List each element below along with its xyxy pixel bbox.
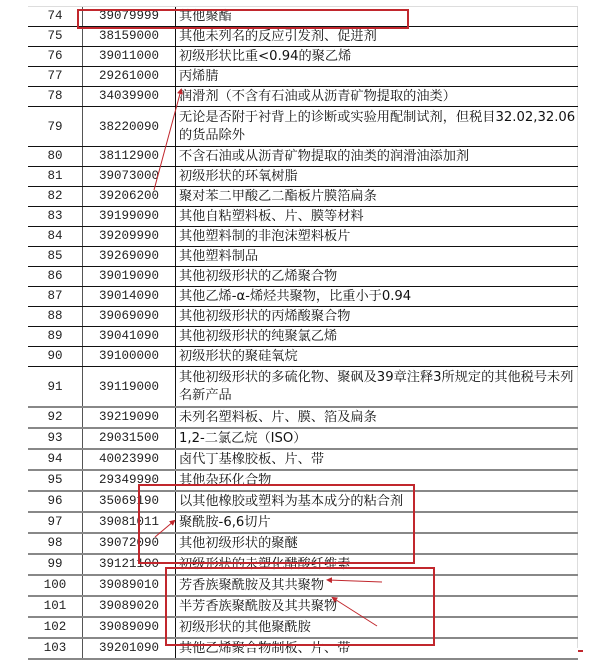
hs-code-cell: 29261000 — [83, 67, 176, 87]
row-number-cell: 89 — [28, 327, 83, 347]
row-number-cell: 78 — [28, 87, 83, 107]
table-row: 9939121100初级形状的未塑化醋酸纤维素 — [28, 554, 578, 575]
hs-code-list-table: 7439079999其他聚酯7538159000其他未列名的反应引发剂、促进剂7… — [28, 7, 578, 660]
hs-code-cell: 39019090 — [83, 267, 176, 287]
row-number-cell: 81 — [28, 167, 83, 187]
table-row: 8439209990其他塑料制的非泡沫塑料板片 — [28, 227, 578, 247]
row-number-cell: 88 — [28, 307, 83, 327]
row-number-cell: 94 — [28, 449, 83, 470]
row-number-cell: 83 — [28, 207, 83, 227]
row-number-cell: 86 — [28, 267, 83, 287]
table-row: 10239089090初级形状的其他聚酰胺 — [28, 617, 578, 638]
description-cell: 其他初级形状的聚醚 — [176, 533, 579, 554]
row-number-cell: 75 — [28, 27, 83, 47]
hs-code-cell: 39011000 — [83, 47, 176, 67]
hs-code-cell: 39089090 — [83, 617, 176, 638]
hs-code-cell: 40023990 — [83, 449, 176, 470]
hs-code-cell: 39089010 — [83, 575, 176, 596]
description-cell: 1,2-二氯乙烷（ISO） — [176, 428, 579, 449]
table-row: 8339199090其他自粘塑料板、片、膜等材料 — [28, 207, 578, 227]
table-row: 8839069090其他初级形状的丙烯酸聚合物 — [28, 307, 578, 327]
description-cell: 初级形状比重<0.94的聚乙烯 — [176, 47, 579, 67]
description-cell: 其他聚酯 — [176, 7, 579, 27]
row-number-cell: 87 — [28, 287, 83, 307]
hs-code-cell: 38220090 — [83, 107, 176, 147]
description-cell: 其他杂环化合物 — [176, 470, 579, 491]
table-row: 8139073000初级形状的环氧树脂 — [28, 167, 578, 187]
hs-code-cell: 29349990 — [83, 470, 176, 491]
red-marker — [578, 650, 583, 652]
hs-code-cell: 39206200 — [83, 187, 176, 207]
row-number-cell: 90 — [28, 347, 83, 367]
table-row: 7639011000初级形状比重<0.94的聚乙烯 — [28, 47, 578, 67]
table-row: 9139119000其他初级形状的多硫化物、聚砜及39章注释3所规定的其他税号未… — [28, 367, 578, 408]
hs-code-cell: 38112900 — [83, 147, 176, 167]
description-cell: 无论是否附于衬背上的诊断或实验用配制试剂，但税目32.02,32.06的货品除外 — [176, 107, 579, 147]
description-cell: 未列名塑料板、片、膜、箔及扁条 — [176, 407, 579, 428]
table-row: 8639019090其他初级形状的乙烯聚合物 — [28, 267, 578, 287]
table-row: 9239219090未列名塑料板、片、膜、箔及扁条 — [28, 407, 578, 428]
table-row: 9440023990卤代丁基橡胶板、片、带 — [28, 449, 578, 470]
description-cell: 其他塑料制的非泡沫塑料板片 — [176, 227, 579, 247]
description-cell: 聚对苯二甲酸乙二酯板片膜箔扁条 — [176, 187, 579, 207]
tariff-code-table: 7439079999其他聚酯7538159000其他未列名的反应引发剂、促进剂7… — [28, 7, 578, 660]
row-number-cell: 76 — [28, 47, 83, 67]
description-cell: 初级形状的聚硅氧烷 — [176, 347, 579, 367]
table-row: 10139089020半芳香族聚酰胺及其共聚物 — [28, 596, 578, 617]
row-number-cell: 96 — [28, 491, 83, 512]
table-row: 7938220090无论是否附于衬背上的诊断或实验用配制试剂，但税目32.02,… — [28, 107, 578, 147]
description-cell: 其他初级形状的乙烯聚合物 — [176, 267, 579, 287]
description-cell: 其他初级形状的丙烯酸聚合物 — [176, 307, 579, 327]
row-number-cell: 100 — [28, 575, 83, 596]
hs-code-cell: 39089020 — [83, 596, 176, 617]
hs-code-cell: 38159000 — [83, 27, 176, 47]
hs-code-cell: 39199090 — [83, 207, 176, 227]
table-body: 7439079999其他聚酯7538159000其他未列名的反应引发剂、促进剂7… — [28, 7, 578, 659]
table-row: 10339201090其他乙烯聚合物制板、片、带 — [28, 638, 578, 659]
table-row: 8939041090其他初级形状的纯聚氯乙烯 — [28, 327, 578, 347]
description-cell: 其他初级形状的纯聚氯乙烯 — [176, 327, 579, 347]
table-row: 10039089010芳香族聚酰胺及其共聚物 — [28, 575, 578, 596]
description-cell: 其他塑料制品 — [176, 247, 579, 267]
table-row: 9739081011聚酰胺-6,6切片 — [28, 512, 578, 533]
row-number-cell: 95 — [28, 470, 83, 491]
hs-code-cell: 39073000 — [83, 167, 176, 187]
row-number-cell: 91 — [28, 367, 83, 408]
row-number-cell: 101 — [28, 596, 83, 617]
row-number-cell: 92 — [28, 407, 83, 428]
table-row: 7538159000其他未列名的反应引发剂、促进剂 — [28, 27, 578, 47]
hs-code-cell: 39269090 — [83, 247, 176, 267]
row-number-cell: 84 — [28, 227, 83, 247]
description-cell: 初级形状的未塑化醋酸纤维素 — [176, 554, 579, 575]
row-number-cell: 102 — [28, 617, 83, 638]
description-cell: 不含石油或从沥青矿物提取的油类的润滑油添加剂 — [176, 147, 579, 167]
row-number-cell: 74 — [28, 7, 83, 27]
hs-code-cell: 39100000 — [83, 347, 176, 367]
hs-code-cell: 39081011 — [83, 512, 176, 533]
row-number-cell: 85 — [28, 247, 83, 267]
table-row: 9039100000初级形状的聚硅氧烷 — [28, 347, 578, 367]
table-row: 9635069190以其他橡胶或塑料为基本成分的粘合剂 — [28, 491, 578, 512]
description-cell: 初级形状的其他聚酰胺 — [176, 617, 579, 638]
description-cell: 初级形状的环氧树脂 — [176, 167, 579, 187]
description-cell: 润滑剂（不含有石油或从沥青矿物提取的油类） — [176, 87, 579, 107]
description-cell: 其他未列名的反应引发剂、促进剂 — [176, 27, 579, 47]
hs-code-cell: 39201090 — [83, 638, 176, 659]
row-number-cell: 97 — [28, 512, 83, 533]
row-number-cell: 79 — [28, 107, 83, 147]
hs-code-cell: 39041090 — [83, 327, 176, 347]
table-row: 8739014090其他乙烯-α-烯烃共聚物，比重小于0.94 — [28, 287, 578, 307]
hs-code-cell: 39069090 — [83, 307, 176, 327]
hs-code-cell: 34039900 — [83, 87, 176, 107]
row-number-cell: 93 — [28, 428, 83, 449]
table-row: 7729261000丙烯腈 — [28, 67, 578, 87]
row-number-cell: 80 — [28, 147, 83, 167]
table-row: 8239206200聚对苯二甲酸乙二酯板片膜箔扁条 — [28, 187, 578, 207]
row-number-cell: 103 — [28, 638, 83, 659]
description-cell: 其他乙烯聚合物制板、片、带 — [176, 638, 579, 659]
hs-code-cell: 39079999 — [83, 7, 176, 27]
table-row: 7834039900润滑剂（不含有石油或从沥青矿物提取的油类） — [28, 87, 578, 107]
hs-code-cell: 39119000 — [83, 367, 176, 408]
table-row: 8038112900不含石油或从沥青矿物提取的油类的润滑油添加剂 — [28, 147, 578, 167]
row-number-cell: 99 — [28, 554, 83, 575]
hs-code-cell: 39209990 — [83, 227, 176, 247]
table-row: 7439079999其他聚酯 — [28, 7, 578, 27]
description-cell: 芳香族聚酰胺及其共聚物 — [176, 575, 579, 596]
description-cell: 其他乙烯-α-烯烃共聚物，比重小于0.94 — [176, 287, 579, 307]
description-cell: 聚酰胺-6,6切片 — [176, 512, 579, 533]
row-number-cell: 77 — [28, 67, 83, 87]
table-row: 9529349990其他杂环化合物 — [28, 470, 578, 491]
description-cell: 以其他橡胶或塑料为基本成分的粘合剂 — [176, 491, 579, 512]
table-row: 8539269090其他塑料制品 — [28, 247, 578, 267]
row-number-cell: 82 — [28, 187, 83, 207]
description-cell: 半芳香族聚酰胺及其共聚物 — [176, 596, 579, 617]
hs-code-cell: 35069190 — [83, 491, 176, 512]
description-cell: 卤代丁基橡胶板、片、带 — [176, 449, 579, 470]
hs-code-cell: 39014090 — [83, 287, 176, 307]
description-cell: 丙烯腈 — [176, 67, 579, 87]
description-cell: 其他初级形状的多硫化物、聚砜及39章注释3所规定的其他税号未列名新产品 — [176, 367, 579, 408]
hs-code-cell: 39072090 — [83, 533, 176, 554]
hs-code-cell: 29031500 — [83, 428, 176, 449]
description-cell: 其他自粘塑料板、片、膜等材料 — [176, 207, 579, 227]
hs-code-cell: 39219090 — [83, 407, 176, 428]
row-number-cell: 98 — [28, 533, 83, 554]
table-row: 93290315001,2-二氯乙烷（ISO） — [28, 428, 578, 449]
hs-code-cell: 39121100 — [83, 554, 176, 575]
table-row: 9839072090其他初级形状的聚醚 — [28, 533, 578, 554]
